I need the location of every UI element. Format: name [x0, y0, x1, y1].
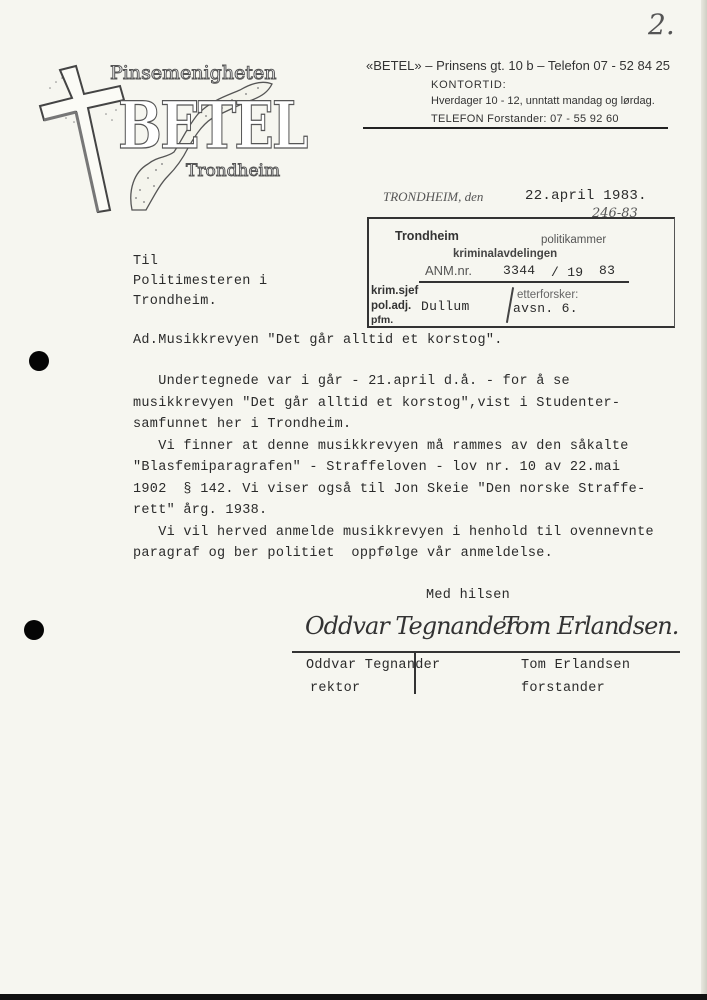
stamp-anm-number: 3344: [503, 263, 535, 278]
body-line: "Blasfemiparagrafen" - Straffeloven - lo…: [133, 460, 654, 482]
stamp-investigator-value: avsn. 6.: [513, 301, 578, 316]
body-line: Vi vil herved anmelde musikkrevyen i hen…: [133, 525, 654, 547]
logo-org-name: BETEL: [118, 88, 306, 164]
letterhead-address: «BETEL» – Prinsens gt. 10 b – Telefon 07…: [366, 58, 670, 73]
stamp-krim-label: krim.sjef: [371, 285, 418, 297]
punch-hole-bottom: [24, 620, 44, 640]
signer-2-name: Tom Erlandsen: [521, 658, 630, 673]
stamp-anm-year-prefix: / 19: [551, 265, 583, 280]
page-edge: [701, 0, 707, 1000]
betel-logo: Pinsemenigheten BETEL Trondheim: [36, 60, 286, 220]
body-line: rett" årg. 1938.: [133, 503, 654, 525]
scan-bottom-edge: [0, 994, 707, 1000]
stamp-department: kriminalavdelingen: [453, 248, 557, 260]
signature-rule: [292, 651, 680, 653]
signer-1-title: rektor: [310, 681, 360, 696]
recipient-line-1: Til: [133, 254, 158, 269]
letterhead-rule: [363, 127, 668, 129]
office-hours: Hverdager 10 - 12, unntatt mandag og lør…: [431, 95, 655, 107]
phone-line: TELEFON Forstander: 07 - 55 92 60: [431, 113, 619, 125]
letter-body: Undertegnede var i går - 21.april d.å. -…: [133, 374, 654, 568]
stamp-pfm-label: pfm.: [371, 314, 393, 326]
body-line: paragraf og ber politiet oppfølge vår an…: [133, 546, 654, 568]
body-line: Undertegnede var i går - 21.april d.å. -…: [133, 374, 654, 396]
punch-hole-top: [29, 351, 49, 371]
recipient-line-2: Politimesteren i: [133, 274, 267, 289]
page-number-mark: 2.: [648, 8, 675, 41]
stamp-investigator-label: etterforsker:: [517, 289, 578, 301]
letter-subject: Ad.Musikkrevyen "Det går alltid et korst…: [133, 333, 503, 348]
signature-1-handwritten: Oddvar Tegnander: [305, 612, 516, 640]
letter-date: 22.april 1983.: [525, 188, 647, 204]
body-line: musikkrevyen "Det går alltid et korstog"…: [133, 396, 654, 418]
stamp-office: politikammer: [541, 234, 606, 246]
stamp-poladj-label: pol.adj.: [371, 300, 411, 312]
logo-org-line: Pinsemenigheten: [110, 62, 276, 84]
stamp-anm-year: 83: [599, 263, 615, 278]
body-line: Vi finner at denne musikkrevyen må ramme…: [133, 439, 654, 461]
recipient-line-3: Trondheim.: [133, 294, 217, 309]
body-line: samfunnet her i Trondheim.: [133, 417, 654, 439]
stamp-anm-label: ANM.nr.: [425, 263, 472, 278]
stamp-anm-rule: [419, 281, 629, 283]
office-hours-label: KONTORTID:: [431, 79, 506, 91]
signer-2-title: forstander: [521, 681, 605, 696]
signature-2-handwritten: Tom Erlandsen.: [502, 612, 678, 640]
logo-org-city: Trondheim: [186, 161, 280, 181]
body-line: 1902 § 142. Vi viser også til Jon Skeie …: [133, 482, 654, 504]
closing: Med hilsen: [426, 588, 510, 603]
stamp-city: Trondheim: [395, 229, 459, 243]
signer-1-name: Oddvar Tegnander: [306, 658, 440, 673]
date-place-label: TRONDHEIM, den: [383, 189, 483, 205]
police-stamp: Trondheim politikammer kriminalavdelinge…: [367, 217, 675, 328]
stamp-poladj-value: Dullum: [421, 299, 470, 314]
